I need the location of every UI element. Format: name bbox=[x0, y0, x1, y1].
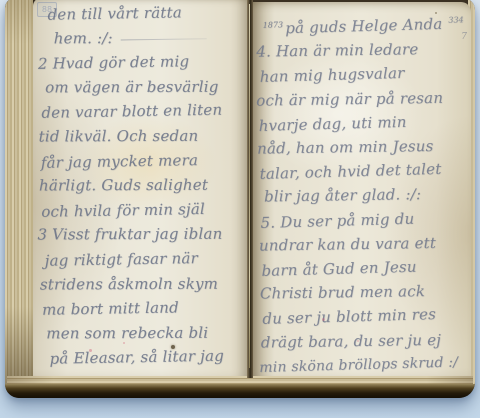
paper-speck bbox=[435, 12, 437, 14]
handwritten-line: 3 Visst fruktar jag iblan bbox=[37, 222, 247, 248]
right-page: 7 1873på guds Helge Anda334 4. Han är mi… bbox=[253, 2, 471, 376]
handwritten-line: men som rebecka bli bbox=[46, 320, 247, 345]
handwritten-line: hem. :/: bbox=[54, 25, 246, 50]
paper-speck bbox=[357, 340, 359, 342]
page-number-annotation: 334 bbox=[448, 15, 464, 24]
paper-speck bbox=[89, 349, 92, 352]
binding-thread bbox=[249, 4, 250, 368]
page-edges-left bbox=[5, 0, 33, 384]
paper-speck bbox=[322, 318, 325, 321]
handwritten-line: och hvila för min själ bbox=[41, 196, 247, 224]
handwritten-text: hem. :/: bbox=[54, 29, 113, 47]
year-annotation: 1873 bbox=[263, 20, 284, 30]
left-page-text: den till vårt rätta hem. :/: 2 Hvad gör … bbox=[37, 0, 247, 371]
handwritten-line: härligt. Guds salighet bbox=[39, 173, 247, 199]
right-page-text: 1873på guds Helge Anda334 4. Han är min … bbox=[255, 9, 471, 376]
diary-book: 88 den till vårt rätta hem. :/: 2 Hvad g… bbox=[5, 0, 475, 398]
handwritten-line: tid likväl. Och sedan bbox=[39, 124, 247, 150]
handwritten-line: den varar blott en liten bbox=[41, 98, 246, 126]
handwritten-line: ma bort mitt land bbox=[42, 294, 247, 322]
paper-speck bbox=[171, 345, 175, 349]
left-page: 88 den till vårt rätta hem. :/: 2 Hvad g… bbox=[33, 0, 247, 376]
book-cover-edge bbox=[5, 384, 475, 398]
handwritten-line: på Eleasar, så litar jag bbox=[49, 344, 247, 372]
handwritten-line: får jag mycket mera bbox=[41, 147, 247, 175]
handwritten-text: på guds Helge Anda bbox=[285, 15, 443, 37]
photo-background: 88 den till vårt rätta hem. :/: 2 Hvad g… bbox=[0, 0, 480, 418]
handwritten-line: den till vårt rätta bbox=[47, 0, 245, 27]
handwritten-line: om vägen är besvärlig bbox=[45, 74, 246, 99]
flourish-line bbox=[121, 37, 207, 39]
paper-speck bbox=[123, 342, 125, 344]
handwritten-line: jag riktigt fasar när bbox=[44, 245, 247, 273]
handwritten-line: 2 Hvad gör det mig bbox=[38, 48, 246, 76]
handwritten-line: stridens åskmoln skym bbox=[40, 271, 247, 297]
